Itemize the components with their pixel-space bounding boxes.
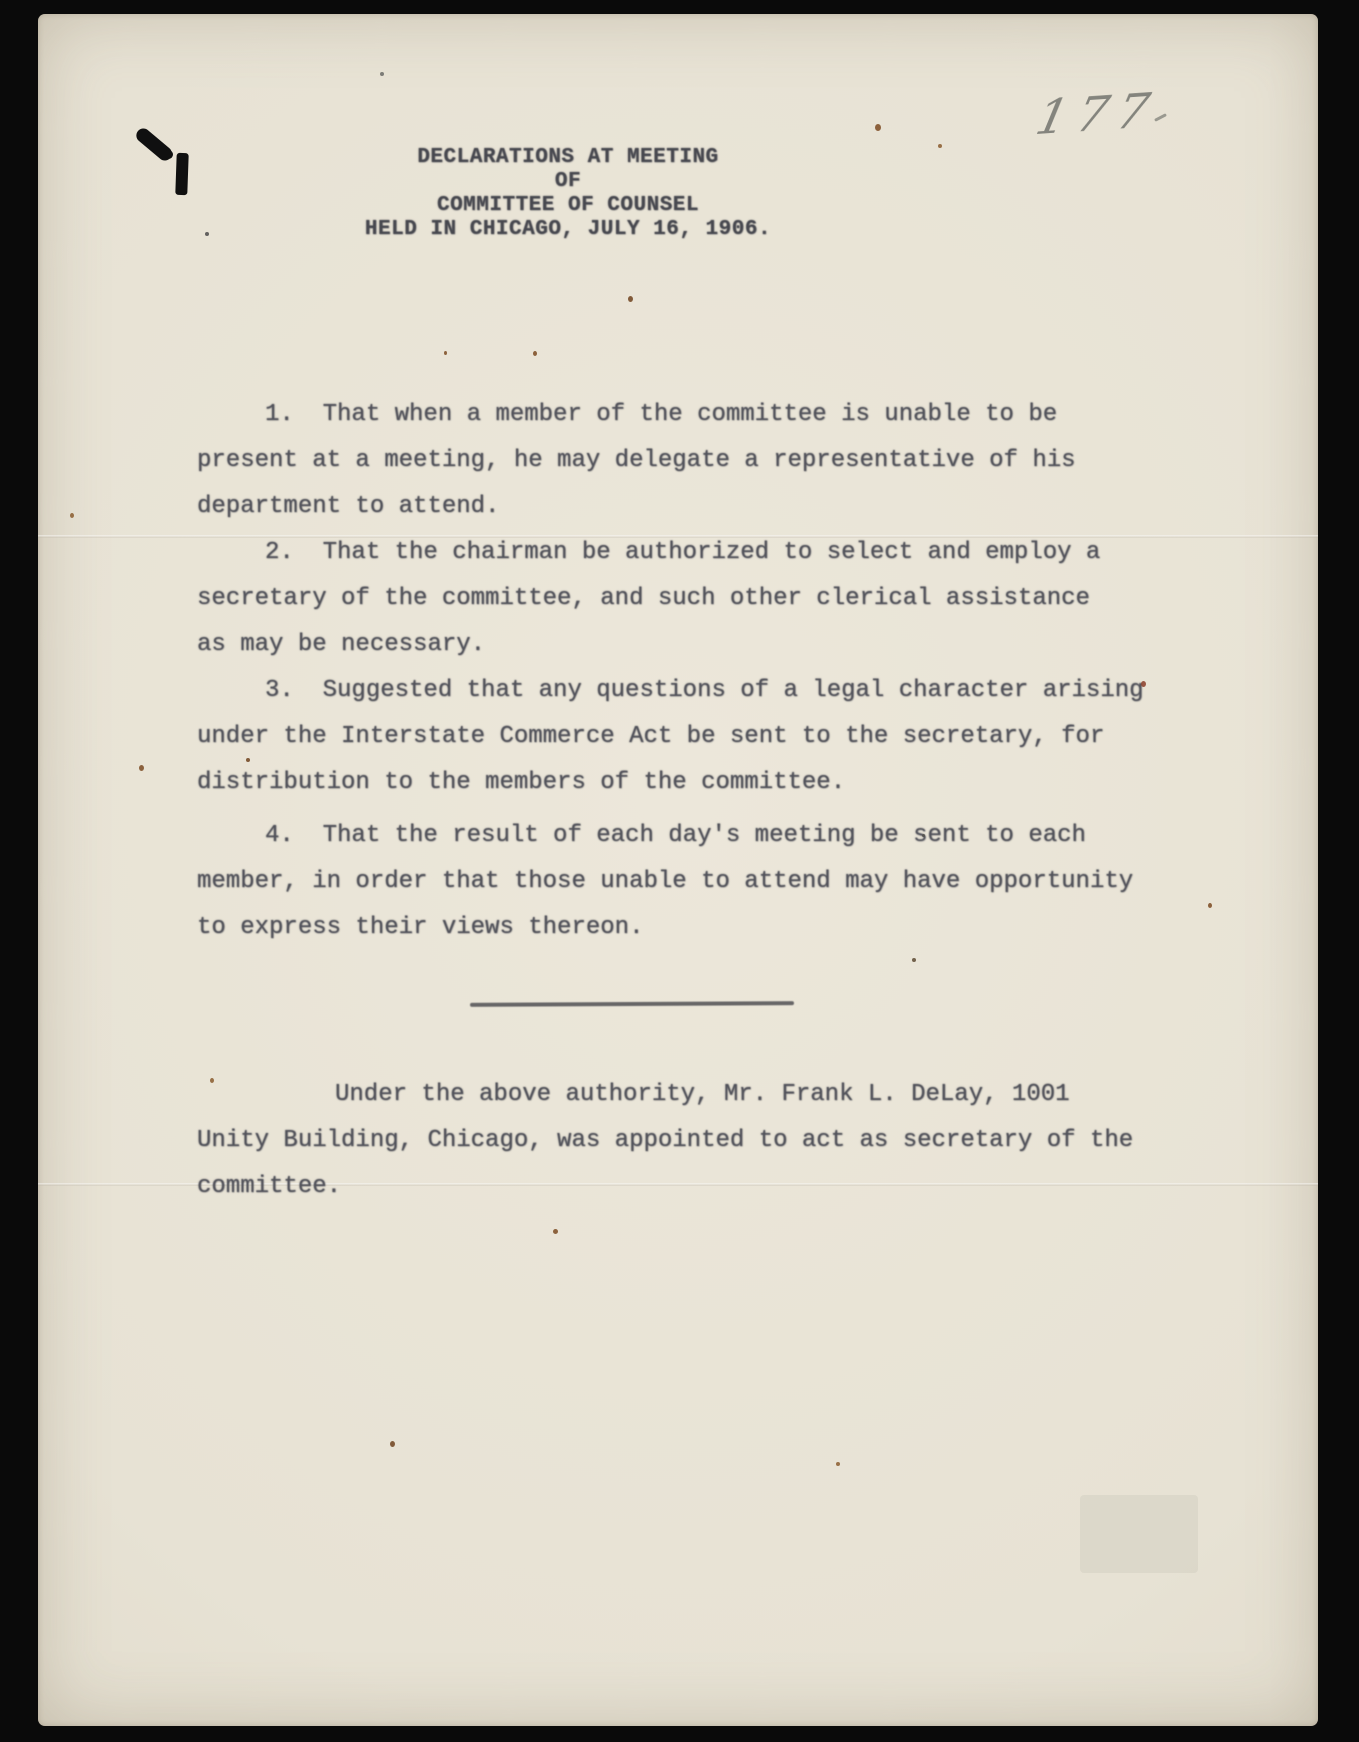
title-line: HELD IN CHICAGO, JULY 16, 1906. — [38, 218, 1098, 242]
scan-background: 177 DECLARATIONS AT MEETING OF COMMITTEE… — [0, 0, 1359, 1742]
body-line: department to attend. — [197, 484, 1187, 530]
paragraph-1: 1. That when a member of the committee i… — [197, 392, 1187, 530]
stain — [875, 124, 881, 131]
stain — [533, 351, 537, 356]
stain — [444, 351, 447, 355]
stain — [205, 232, 209, 236]
body-line: as may be necessary. — [197, 622, 1187, 668]
paragraph-3: 3. Suggested that any questions of a leg… — [197, 668, 1187, 806]
document-body: 1. That when a member of the committee i… — [197, 392, 1187, 951]
stain — [1141, 681, 1146, 687]
body-line: 3. Suggested that any questions of a leg… — [197, 668, 1187, 714]
smudge — [1080, 1495, 1198, 1573]
body-line: member, in order that those unable to at… — [197, 859, 1187, 905]
closing-line: Under the above authority, Mr. Frank L. … — [197, 1072, 1217, 1118]
stain — [836, 1462, 840, 1466]
paragraph-4: 4. That the result of each day's meeting… — [197, 813, 1187, 951]
document-page: 177 DECLARATIONS AT MEETING OF COMMITTEE… — [38, 14, 1318, 1726]
body-line: present at a meeting, he may delegate a … — [197, 438, 1187, 484]
title-line: COMMITTEE OF COUNSEL — [38, 194, 1098, 218]
closing-line: committee. — [197, 1164, 1217, 1210]
stain — [628, 296, 633, 302]
stain — [912, 958, 916, 962]
stain — [246, 758, 250, 762]
stain — [1208, 903, 1212, 908]
stain — [139, 765, 144, 771]
stain — [390, 1441, 395, 1447]
stain — [380, 72, 384, 76]
stain — [938, 144, 942, 148]
stain — [553, 1229, 558, 1234]
body-line: distribution to the members of the commi… — [197, 760, 1187, 806]
document-title: DECLARATIONS AT MEETING OF COMMITTEE OF … — [38, 146, 1098, 242]
paragraph-2: 2. That the chairman be authorized to se… — [197, 530, 1187, 668]
closing-line: Unity Building, Chicago, was appointed t… — [197, 1118, 1217, 1164]
title-line: OF — [38, 170, 1098, 194]
handwritten-page-number: 177 — [1031, 82, 1164, 146]
body-line: under the Interstate Commerce Act be sen… — [197, 714, 1187, 760]
title-line: DECLARATIONS AT MEETING — [38, 146, 1098, 170]
body-line: secretary of the committee, and such oth… — [197, 576, 1187, 622]
body-line: to express their views thereon. — [197, 905, 1187, 951]
closing-paragraph: Under the above authority, Mr. Frank L. … — [197, 1072, 1217, 1210]
body-line: 2. That the chairman be authorized to se… — [197, 530, 1187, 576]
stain — [70, 513, 74, 518]
stain — [210, 1078, 214, 1083]
body-line: 1. That when a member of the committee i… — [197, 392, 1187, 438]
typed-divider-line — [470, 1001, 794, 1007]
stain — [922, 834, 925, 837]
body-line: 4. That the result of each day's meeting… — [197, 813, 1187, 859]
